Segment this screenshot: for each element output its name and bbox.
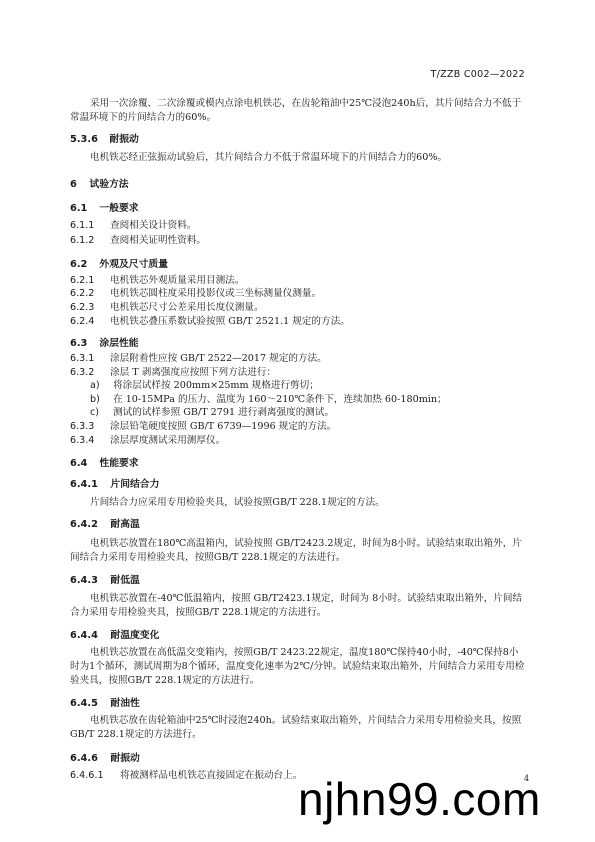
section-number: 6.4.3 (70, 575, 107, 586)
heading-5-3-6: 5.3.6 耐振动 (70, 131, 139, 145)
item-6-2-3: 6.2.3 电机铁芯尺寸公差采用长度仪测量。 (70, 301, 264, 315)
item-number: 6.3.1 (70, 352, 107, 366)
item-text: 涂层附着性应按 GB/T 2522—2017 规定的方法。 (110, 353, 327, 364)
item-text: 涂层 T 剥离强度应按照下列方法进行： (110, 367, 276, 378)
list-item-a: a) 将涂层试样按 200mm×25mm 规格进行剪切； (90, 379, 319, 393)
section-number: 5.3.6 (70, 134, 106, 145)
item-text: 涂层厚度测试采用测厚仪。 (110, 435, 225, 446)
item-number: 6.3.3 (70, 420, 107, 434)
item-6-3-3: 6.3.3 涂层铅笔硬度按照 GB/T 6739—1996 规定的方法。 (70, 420, 336, 434)
paragraph-6-4-4: 电机铁芯放置在高低温交变箱内，按照GB/T 2423.22规定，温度180℃保持… (70, 646, 525, 689)
item-6-1-2: 6.1.2 查阅相关证明性资料。 (70, 234, 206, 248)
section-title: 涂层性能 (99, 338, 138, 349)
heading-6-4: 6.4 性能要求 (70, 455, 139, 469)
section-number: 6.4.5 (70, 698, 107, 709)
document-code-header: T/ZZB C002—2022 (431, 69, 526, 80)
section-title: 片间结合力 (110, 479, 159, 490)
section-number: 6.1 (70, 203, 96, 214)
heading-6-4-4: 6.4.4 耐温度变化 (70, 627, 159, 641)
item-text: 查阅相关设计资料。 (110, 220, 196, 231)
paragraph-5-3-5: 采用一次涂覆、二次涂覆或模内点涂电机铁芯，在齿轮箱油中25℃浸泡240h后，其片… (70, 97, 525, 125)
heading-6-4-1: 6.4.1 片间结合力 (70, 476, 159, 490)
heading-6-1: 6.1 一般要求 (70, 200, 139, 214)
section-title: 耐振动 (109, 134, 138, 145)
paragraph-5-3-6: 电机铁芯经正弦振动试验后，其片间结合力不低于常温环境下的片间结合力的60%。 (70, 151, 525, 165)
item-number: 6.2.3 (70, 301, 107, 315)
paragraph-6-4-3: 电机铁芯放置在-40℃低温箱内，按照 GB/T2423.1规定，时间为 8小时。… (70, 592, 525, 620)
item-number: 6.3.4 (70, 434, 107, 448)
section-number: 6 (70, 179, 86, 190)
item-6-3-1: 6.3.1 涂层附着性应按 GB/T 2522—2017 规定的方法。 (70, 352, 327, 366)
item-number: 6.1.1 (70, 219, 107, 233)
item-number: 6.1.2 (70, 234, 107, 248)
heading-6-4-2: 6.4.2 耐高温 (70, 516, 140, 530)
item-number: 6.2.2 (70, 287, 107, 301)
item-number: 6.4.6.1 (70, 769, 117, 783)
item-text: 查阅相关证明性资料。 (110, 235, 206, 246)
list-marker: a) (90, 379, 110, 393)
section-title: 外观及尺寸质量 (99, 259, 168, 270)
item-6-1-1: 6.1.1 查阅相关设计资料。 (70, 219, 196, 233)
section-number: 6.2 (70, 259, 96, 270)
item-6-4-6-1: 6.4.6.1 将被测样品电机铁芯直接固定在振动台上。 (70, 769, 302, 783)
list-item-c: c) 测试的试样参照 GB/T 2791 进行剥离强度的测试。 (90, 406, 334, 420)
heading-6: 6 试验方法 (70, 176, 129, 190)
section-number: 6.4 (70, 458, 96, 469)
item-text: 电机铁芯叠压系数试验按照 GB/T 2521.1 规定的方法。 (110, 316, 350, 327)
paragraph-6-4-5: 电机铁芯放在齿轮箱油中25℃时浸泡240h。试验结束取出箱外，片间结合力采用专用… (70, 714, 525, 742)
section-number: 6.4.1 (70, 479, 107, 490)
watermark-text: njhn99.com (298, 772, 541, 826)
section-title: 耐振动 (110, 753, 139, 764)
item-number: 6.2.4 (70, 315, 107, 329)
item-text: 电机铁芯尺寸公差采用长度仪测量。 (110, 302, 264, 313)
item-text: 电机铁芯外观质量采用目测法。 (110, 275, 244, 286)
item-6-2-4: 6.2.4 电机铁芯叠压系数试验按照 GB/T 2521.1 规定的方法。 (70, 315, 350, 329)
section-number: 6.3 (70, 338, 96, 349)
item-text: 电机铁芯圆柱度采用投影仪或三坐标测量仪测量。 (110, 288, 321, 299)
heading-6-4-3: 6.4.3 耐低温 (70, 572, 140, 586)
item-6-3-4: 6.3.4 涂层厚度测试采用测厚仪。 (70, 434, 225, 448)
item-6-2-2: 6.2.2 电机铁芯圆柱度采用投影仪或三坐标测量仪测量。 (70, 287, 321, 301)
section-title: 耐温度变化 (110, 630, 159, 641)
section-number: 6.4.2 (70, 519, 107, 530)
list-text: 测试的试样参照 GB/T 2791 进行剥离强度的测试。 (113, 407, 334, 418)
section-title: 试验方法 (89, 179, 128, 190)
list-marker: c) (90, 406, 110, 420)
list-text: 在 10-15MPa 的压力、温度为 160～210℃条件下，连续加热 60-1… (113, 394, 447, 405)
section-title: 性能要求 (99, 458, 138, 469)
heading-6-3: 6.3 涂层性能 (70, 335, 139, 349)
heading-6-2: 6.2 外观及尺寸质量 (70, 256, 168, 270)
item-text: 将被测样品电机铁芯直接固定在振动台上。 (120, 770, 302, 781)
item-text: 涂层铅笔硬度按照 GB/T 6739—1996 规定的方法。 (110, 421, 336, 432)
paragraph-6-4-1: 片间结合力应采用专用检验夹具，试验按照GB/T 228.1规定的方法。 (70, 496, 525, 510)
section-title: 耐油性 (110, 698, 139, 709)
section-number: 6.4.6 (70, 753, 107, 764)
section-title: 耐低温 (110, 575, 139, 586)
paragraph-6-4-2: 电机铁芯放置在180℃高温箱内，试验按照 GB/T2423.2规定，时间为8小时… (70, 537, 525, 565)
list-text: 将涂层试样按 200mm×25mm 规格进行剪切； (113, 380, 319, 391)
section-title: 耐高温 (110, 519, 139, 530)
heading-6-4-6: 6.4.6 耐振动 (70, 750, 140, 764)
section-title: 一般要求 (99, 203, 138, 214)
section-number: 6.4.4 (70, 630, 107, 641)
heading-6-4-5: 6.4.5 耐油性 (70, 695, 140, 709)
